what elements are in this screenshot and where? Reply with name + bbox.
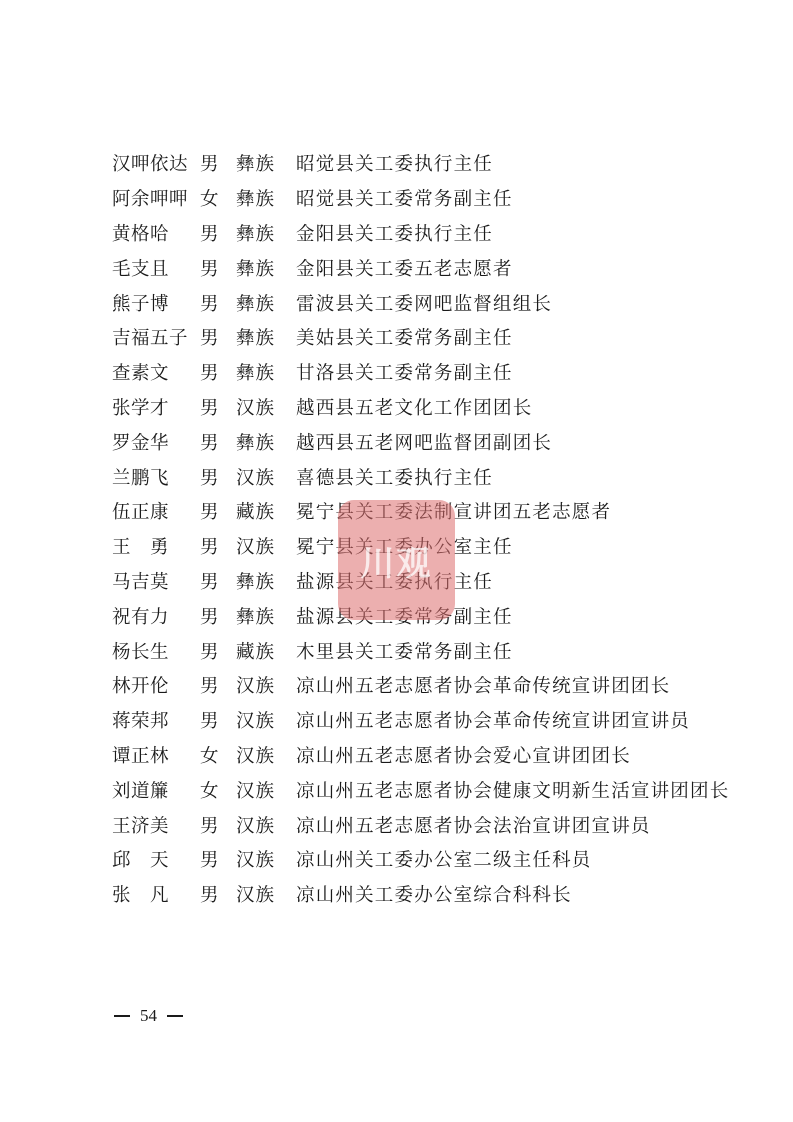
- roster-row: 兰鹏飞男汉族喜德县关工委执行主任: [112, 459, 752, 494]
- person-position: 昭觉县关工委常务副主任: [296, 185, 513, 211]
- roster-row: 祝有力男彝族盐源县关工委常务副主任: [112, 598, 752, 633]
- person-gender: 男: [200, 498, 236, 524]
- person-name: 罗金华: [112, 429, 200, 455]
- person-gender: 男: [200, 290, 236, 316]
- person-name: 林开伦: [112, 672, 200, 698]
- person-ethnicity: 汉族: [236, 707, 296, 733]
- person-position: 金阳县关工委执行主任: [296, 220, 493, 246]
- person-ethnicity: 彝族: [236, 359, 296, 385]
- person-name: 阿余呷呷: [112, 185, 200, 211]
- person-name: 张学才: [112, 394, 200, 420]
- roster-row: 杨长生男藏族木里县关工委常务副主任: [112, 633, 752, 668]
- page-footer: 54: [114, 1006, 183, 1026]
- person-gender: 男: [200, 255, 236, 281]
- person-name: 黄格哈: [112, 220, 200, 246]
- person-position: 金阳县关工委五老志愿者: [296, 255, 513, 281]
- person-name: 邱 天: [112, 846, 200, 872]
- person-ethnicity: 汉族: [236, 846, 296, 872]
- person-ethnicity: 彝族: [236, 568, 296, 594]
- person-name: 伍正康: [112, 498, 200, 524]
- person-ethnicity: 汉族: [236, 394, 296, 420]
- person-name: 马吉莫: [112, 568, 200, 594]
- person-gender: 男: [200, 394, 236, 420]
- roster-row: 王济美男汉族凉山州五老志愿者协会法治宣讲团宣讲员: [112, 807, 752, 842]
- roster-row: 黄格哈男彝族金阳县关工委执行主任: [112, 216, 752, 251]
- roster-row: 伍正康男藏族冕宁县关工委法制宣讲团五老志愿者: [112, 494, 752, 529]
- person-name: 王 勇: [112, 533, 200, 559]
- person-position: 冕宁县关工委法制宣讲团五老志愿者: [296, 498, 611, 524]
- roster-row: 吉福五子男彝族美姑县关工委常务副主任: [112, 320, 752, 355]
- roster-row: 邱 天男汉族凉山州关工委办公室二级主任科员: [112, 842, 752, 877]
- person-gender: 男: [200, 638, 236, 664]
- person-gender: 男: [200, 464, 236, 490]
- person-position: 凉山州五老志愿者协会法治宣讲团宣讲员: [296, 812, 651, 838]
- person-ethnicity: 彝族: [236, 255, 296, 281]
- personnel-roster: 汉呷依达男彝族昭觉县关工委执行主任 阿余呷呷女彝族昭觉县关工委常务副主任 黄格哈…: [112, 146, 752, 912]
- roster-row: 熊子博男彝族雷波县关工委网吧监督组组长: [112, 285, 752, 320]
- person-name: 兰鹏飞: [112, 464, 200, 490]
- roster-row: 毛支且男彝族金阳县关工委五老志愿者: [112, 250, 752, 285]
- person-name: 吉福五子: [112, 324, 200, 350]
- person-position: 昭觉县关工委执行主任: [296, 150, 493, 176]
- person-position: 越西县五老文化工作团团长: [296, 394, 532, 420]
- person-position: 喜德县关工委执行主任: [296, 464, 493, 490]
- person-ethnicity: 汉族: [236, 742, 296, 768]
- person-gender: 男: [200, 707, 236, 733]
- dash-left-icon: [114, 1015, 130, 1017]
- page-number: 54: [140, 1006, 157, 1026]
- person-name: 毛支且: [112, 255, 200, 281]
- person-ethnicity: 汉族: [236, 881, 296, 907]
- person-name: 汉呷依达: [112, 150, 200, 176]
- person-ethnicity: 汉族: [236, 812, 296, 838]
- person-position: 越西县五老网吧监督团副团长: [296, 429, 552, 455]
- person-ethnicity: 汉族: [236, 464, 296, 490]
- roster-row: 汉呷依达男彝族昭觉县关工委执行主任: [112, 146, 752, 181]
- person-gender: 女: [200, 777, 236, 803]
- person-position: 凉山州五老志愿者协会爱心宣讲团团长: [296, 742, 631, 768]
- person-name: 蒋荣邦: [112, 707, 200, 733]
- person-ethnicity: 藏族: [236, 638, 296, 664]
- person-gender: 男: [200, 359, 236, 385]
- roster-row: 谭正林女汉族凉山州五老志愿者协会爱心宣讲团团长: [112, 738, 752, 773]
- person-position: 盐源县关工委常务副主任: [296, 603, 513, 629]
- person-gender: 男: [200, 150, 236, 176]
- person-position: 凉山州五老志愿者协会健康文明新生活宣讲团团长: [296, 777, 729, 803]
- roster-row: 张 凡男汉族凉山州关工委办公室综合科科长: [112, 877, 752, 912]
- person-name: 祝有力: [112, 603, 200, 629]
- person-position: 雷波县关工委网吧监督组组长: [296, 290, 552, 316]
- person-position: 凉山州关工委办公室二级主任科员: [296, 846, 592, 872]
- roster-row: 马吉莫男彝族盐源县关工委执行主任: [112, 564, 752, 599]
- person-name: 王济美: [112, 812, 200, 838]
- person-ethnicity: 藏族: [236, 498, 296, 524]
- roster-row: 蒋荣邦男汉族凉山州五老志愿者协会革命传统宣讲团宣讲员: [112, 703, 752, 738]
- person-position: 美姑县关工委常务副主任: [296, 324, 513, 350]
- person-ethnicity: 彝族: [236, 220, 296, 246]
- person-position: 凉山州五老志愿者协会革命传统宣讲团宣讲员: [296, 707, 690, 733]
- person-ethnicity: 彝族: [236, 150, 296, 176]
- person-ethnicity: 汉族: [236, 777, 296, 803]
- person-ethnicity: 汉族: [236, 533, 296, 559]
- person-ethnicity: 彝族: [236, 603, 296, 629]
- person-position: 木里县关工委常务副主任: [296, 638, 513, 664]
- person-gender: 男: [200, 846, 236, 872]
- person-ethnicity: 彝族: [236, 429, 296, 455]
- roster-row: 林开伦男汉族凉山州五老志愿者协会革命传统宣讲团团长: [112, 668, 752, 703]
- person-position: 凉山州关工委办公室综合科科长: [296, 881, 572, 907]
- person-gender: 男: [200, 533, 236, 559]
- roster-row: 罗金华男彝族越西县五老网吧监督团副团长: [112, 424, 752, 459]
- person-name: 张 凡: [112, 881, 200, 907]
- person-gender: 男: [200, 568, 236, 594]
- person-position: 冕宁县关工委办公室主任: [296, 533, 513, 559]
- person-ethnicity: 汉族: [236, 672, 296, 698]
- person-name: 谭正林: [112, 742, 200, 768]
- person-name: 刘道簾: [112, 777, 200, 803]
- roster-row: 查素文男彝族甘洛县关工委常务副主任: [112, 355, 752, 390]
- person-ethnicity: 彝族: [236, 185, 296, 211]
- person-ethnicity: 彝族: [236, 324, 296, 350]
- person-position: 凉山州五老志愿者协会革命传统宣讲团团长: [296, 672, 670, 698]
- person-name: 熊子博: [112, 290, 200, 316]
- person-gender: 男: [200, 220, 236, 246]
- roster-row: 刘道簾女汉族凉山州五老志愿者协会健康文明新生活宣讲团团长: [112, 772, 752, 807]
- roster-row: 王 勇男汉族冕宁县关工委办公室主任: [112, 529, 752, 564]
- person-gender: 男: [200, 324, 236, 350]
- roster-row: 阿余呷呷女彝族昭觉县关工委常务副主任: [112, 181, 752, 216]
- roster-row: 张学才男汉族越西县五老文化工作团团长: [112, 390, 752, 425]
- person-gender: 女: [200, 185, 236, 211]
- dash-right-icon: [167, 1015, 183, 1017]
- person-ethnicity: 彝族: [236, 290, 296, 316]
- person-gender: 男: [200, 429, 236, 455]
- person-name: 查素文: [112, 359, 200, 385]
- person-gender: 男: [200, 812, 236, 838]
- person-gender: 男: [200, 881, 236, 907]
- person-name: 杨长生: [112, 638, 200, 664]
- person-gender: 女: [200, 742, 236, 768]
- person-gender: 男: [200, 672, 236, 698]
- person-position: 甘洛县关工委常务副主任: [296, 359, 513, 385]
- person-position: 盐源县关工委执行主任: [296, 568, 493, 594]
- person-gender: 男: [200, 603, 236, 629]
